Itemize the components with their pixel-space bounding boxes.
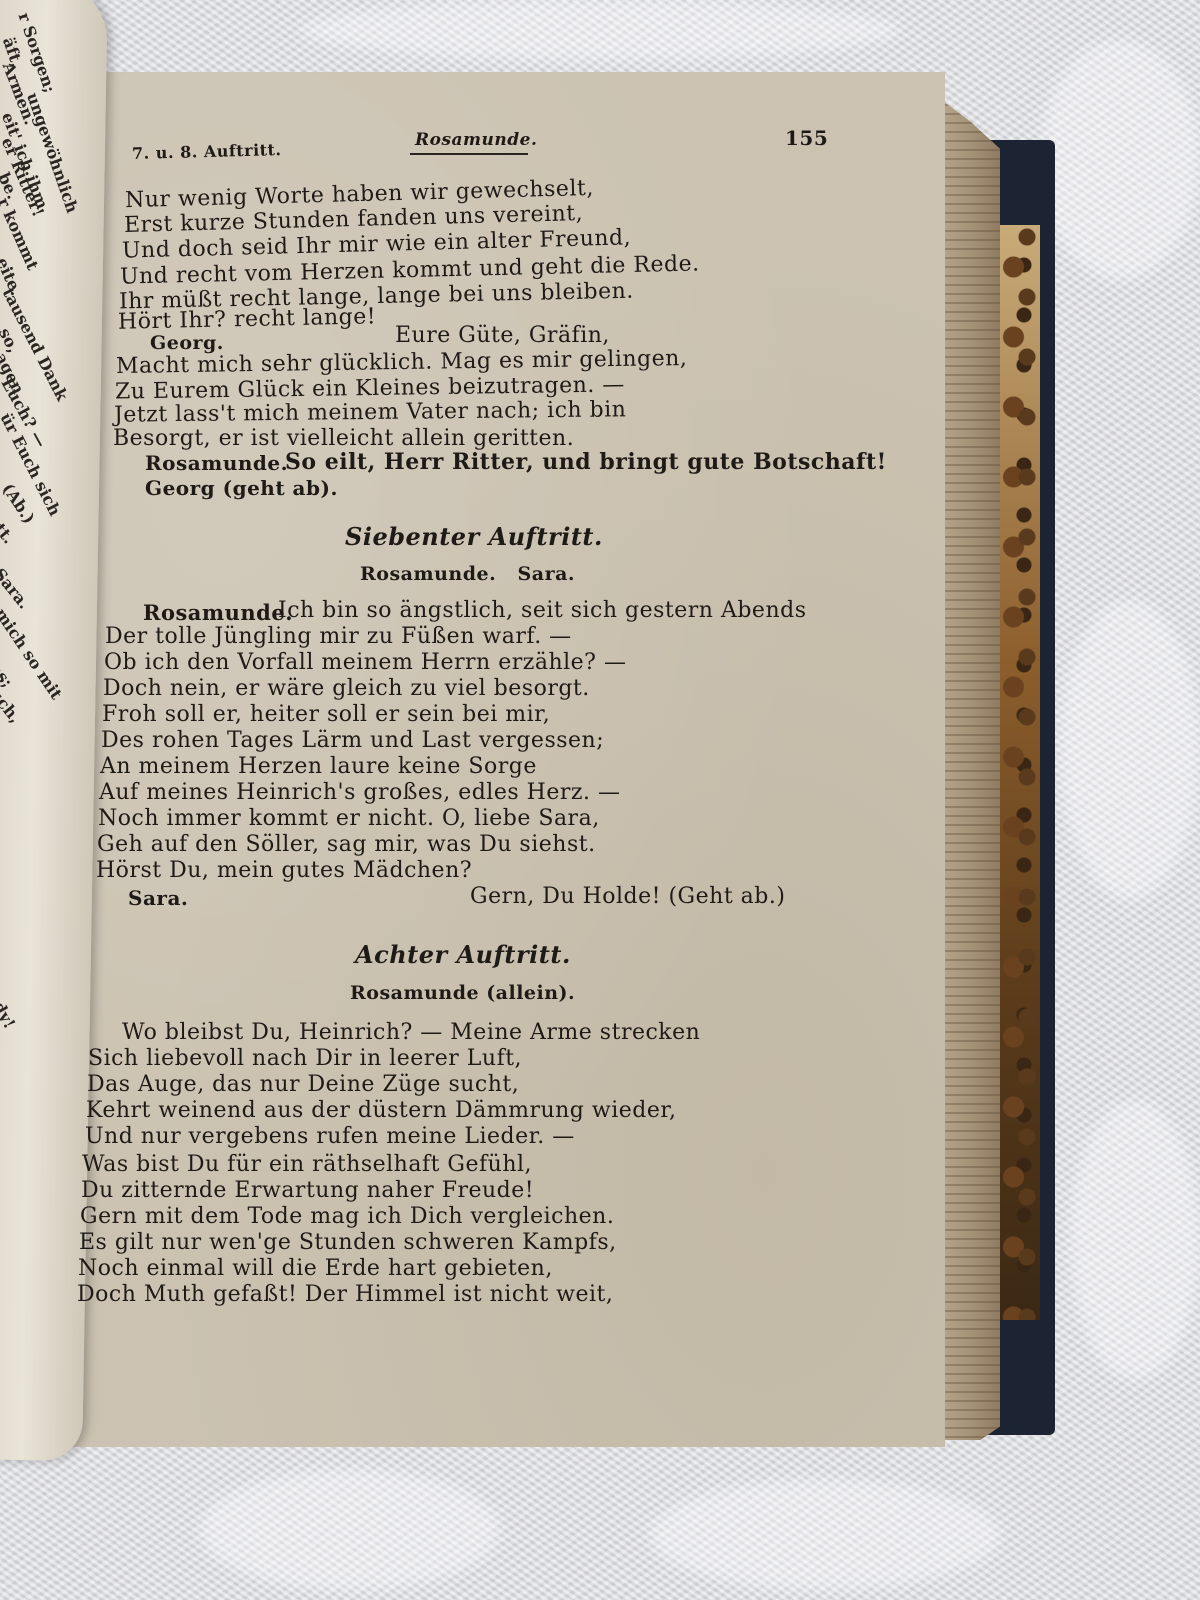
verse-line: Kehrt weinend aus der düstern Dämmrung w… (86, 1098, 676, 1123)
verse-line: Sich liebevoll nach Dir in leerer Luft, (88, 1046, 522, 1071)
verse-line: Eure Güte, Gräfin, (395, 323, 610, 348)
scene-heading: Siebenter Auftritt. (345, 522, 603, 551)
scene-characters: Rosamunde. Sara. (360, 563, 575, 585)
verse-line: Jetzt lass't mich meinem Vater nach; ich… (114, 397, 627, 427)
verse-line: Ob ich den Vorfall meinem Herrn erzähle?… (104, 650, 626, 675)
verse-line: Doch nein, er wäre gleich zu viel besorg… (103, 676, 590, 701)
verse-line: Des rohen Tages Lärm und Last vergessen; (101, 728, 604, 753)
verse-line: Du zitternde Erwartung naher Freude! (81, 1178, 534, 1203)
verse-line: Noch immer kommt er nicht. O, liebe Sara… (98, 806, 600, 831)
verse-line: Gern mit dem Tode mag ich Dich vergleich… (80, 1204, 614, 1229)
verse-line: Es gilt nur wen'ge Stunden schweren Kamp… (79, 1230, 617, 1255)
speaker-name: Georg. (150, 332, 224, 354)
verse-line: Auf meines Heinrich's großes, edles Herz… (99, 780, 620, 805)
speaker-name: Rosamunde. (143, 600, 293, 625)
verse-line: Hört Ihr? recht lange! (118, 304, 377, 334)
dialogue-line: So eilt, Herr Ritter, und bringt gute Bo… (285, 449, 887, 475)
verse-line: Doch Muth gefaßt! Der Himmel ist nicht w… (77, 1282, 613, 1307)
dialogue-line: Gern, Du Holde! (Geht ab.) (470, 884, 785, 909)
verse-line: An meinem Herzen laure keine Sorge (100, 754, 537, 779)
running-head-scene: 7. u. 8. Auftritt. (132, 140, 282, 163)
speaker-name: Sara. (128, 886, 188, 910)
title-underline (410, 153, 528, 155)
speaker-name: Rosamunde. (145, 451, 288, 475)
page-number: 155 (785, 126, 828, 150)
stage-direction: Georg (geht ab). (145, 476, 338, 500)
scene-heading: Achter Auftritt. (355, 940, 571, 969)
verse-line: Noch einmal will die Erde hart gebieten, (78, 1256, 553, 1281)
verse-line: Geh auf den Söller, sag mir, was Du sieh… (97, 832, 596, 857)
verse-line: Das Auge, das nur Deine Züge sucht, (87, 1072, 519, 1097)
verse-line: Froh soll er, heiter soll er sein bei mi… (102, 702, 550, 727)
dialogue-line: Ich bin so ängstlich, seit sich gestern … (278, 598, 806, 623)
page-text: 7. u. 8. Auftritt. Rosamunde. 155 Nur we… (0, 0, 1200, 1600)
running-head-title: Rosamunde. (415, 130, 537, 150)
verse-line: Was bist Du für ein räthselhaft Gefühl, (82, 1152, 532, 1177)
verse-line: Besorgt, er ist vielleicht allein geritt… (113, 426, 574, 451)
verse-line: Der tolle Jüngling mir zu Füßen warf. — (105, 624, 572, 649)
verse-line: Hörst Du, mein gutes Mädchen? (96, 858, 472, 883)
scene-characters: Rosamunde (allein). (350, 982, 575, 1004)
verse-line: Und nur vergebens rufen meine Lieder. — (85, 1124, 575, 1149)
verse-line: Wo bleibst Du, Heinrich? — Meine Arme st… (122, 1020, 700, 1045)
